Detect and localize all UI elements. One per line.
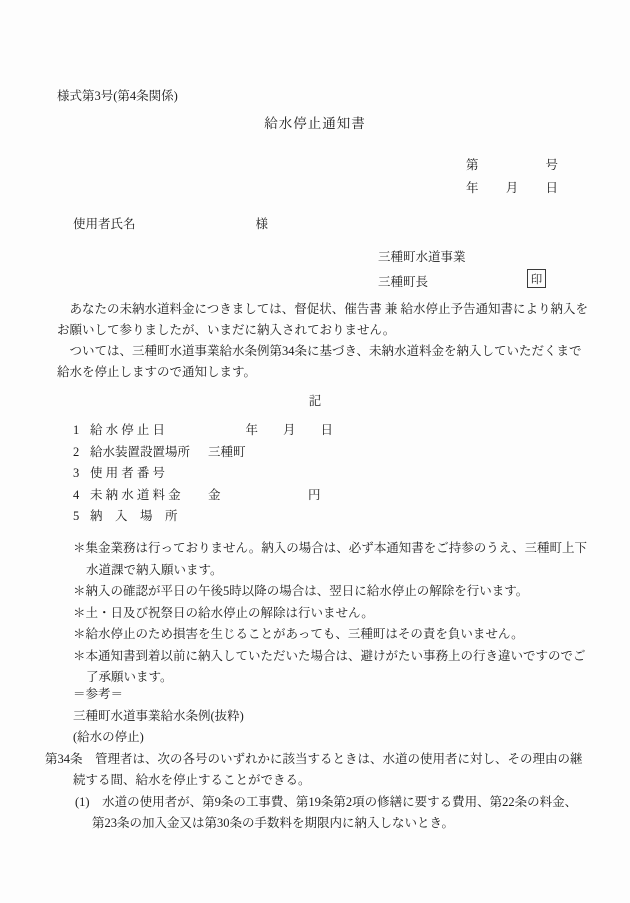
item-label: 給水装置設置場所 xyxy=(90,442,208,464)
form-number-label: 様式第3号(第4条関係) xyxy=(57,86,178,104)
item-label: 納 入 場 所 xyxy=(90,506,208,528)
issuer-organization: 三種町水道事業 xyxy=(378,247,466,265)
item-value xyxy=(208,506,573,528)
item-label: 給 水 停 止 日 xyxy=(90,420,208,442)
date-month-label: 月 xyxy=(506,178,519,196)
item-value: 年 月 日 xyxy=(208,420,573,442)
reference-heading: ＝参考＝ xyxy=(73,684,586,706)
body-text: あなたの未納水道料金につきましては、督促状、催告書 兼 給水停止予告通知書により… xyxy=(57,299,593,383)
item-number: 1 xyxy=(73,420,90,442)
addressee-line: 使用者氏名 様 xyxy=(73,214,268,232)
item-value: 金 円 xyxy=(208,485,573,507)
reference-section: ＝参考＝ 三種町水道事業給水条例(抜粋) (給水の停止) 第34条 管理者は、次… xyxy=(45,684,586,835)
note-item: ＊土・日及び祝祭日の給水停止の解除は行いません。 xyxy=(73,603,587,625)
notes-list: ＊集金業務は行っておりません。納入の場合は、必ず本通知書をご持参のうえ、三種町上… xyxy=(73,538,587,689)
page-title: 給水停止通知書 xyxy=(0,112,630,132)
items-list: 1 給 水 停 止 日 年 月 日 2 給水装置設置場所 三種町 3 使 用 者… xyxy=(73,420,573,528)
item-value: 三種町 xyxy=(208,442,573,464)
reference-source: 三種町水道事業給水条例(抜粋) xyxy=(73,706,586,728)
list-item: 5 納 入 場 所 xyxy=(73,506,573,528)
note-item: ＊納入の確認が平日の午後5時以降の場合は、翌日に給水停止の解除を行います。 xyxy=(73,581,587,603)
reference-article-34: 第34条 管理者は、次の各号のいずれかに該当するときは、水道の使用者に対し、その… xyxy=(45,749,586,792)
item-label: 未 納 水 道 料 金 xyxy=(90,485,208,507)
date-day-label: 日 xyxy=(545,178,558,196)
list-item: 3 使 用 者 番 号 xyxy=(73,463,573,485)
addressee-name-label: 使用者氏名 xyxy=(73,214,136,232)
addressee-honorific: 様 xyxy=(256,214,269,232)
item-number: 4 xyxy=(73,485,90,507)
body-paragraph-1: あなたの未納水道料金につきましては、督促状、催告書 兼 給水停止予告通知書により… xyxy=(57,299,593,341)
doc-number-prefix: 第 xyxy=(466,155,479,173)
document-number-line: 第 号 xyxy=(466,155,558,173)
record-heading: 記 xyxy=(0,391,630,409)
item-number: 2 xyxy=(73,442,90,464)
document-date-line: 年 月 日 xyxy=(466,178,558,196)
list-item: 4 未 納 水 道 料 金 金 円 xyxy=(73,485,573,507)
note-item: ＊本通知書到着以前に納入していただいた場合は、避けがたい事務上の行き違いですので… xyxy=(73,646,587,689)
note-item: ＊給水停止のため損害を生じることがあっても、三種町はその責を負いません。 xyxy=(73,624,587,646)
reference-clause-1: (1) 水道の使用者が、第9条の工事費、第19条第2項の修繕に要する費用、第22… xyxy=(75,792,586,835)
body-paragraph-2: ついては、三種町水道事業給水条例第34条に基づき、未納水道料金を納入していただく… xyxy=(57,341,593,383)
item-number: 5 xyxy=(73,506,90,528)
item-number: 3 xyxy=(73,463,90,485)
note-item: ＊集金業務は行っておりません。納入の場合は、必ず本通知書をご持参のうえ、三種町上… xyxy=(73,538,587,581)
document-page: 様式第3号(第4条関係) 給水停止通知書 第 号 年 月 日 使用者氏名 様 三… xyxy=(0,0,630,903)
reference-subsection: (給水の停止) xyxy=(73,727,586,749)
list-item: 1 給 水 停 止 日 年 月 日 xyxy=(73,420,573,442)
list-item: 2 給水装置設置場所 三種町 xyxy=(73,442,573,464)
item-label: 使 用 者 番 号 xyxy=(90,463,208,485)
issuer-title: 三種町長 xyxy=(378,272,428,290)
item-value xyxy=(208,463,573,485)
seal-stamp-box: 印 xyxy=(527,269,546,288)
date-year-label: 年 xyxy=(466,178,479,196)
doc-number-suffix: 号 xyxy=(545,155,558,173)
